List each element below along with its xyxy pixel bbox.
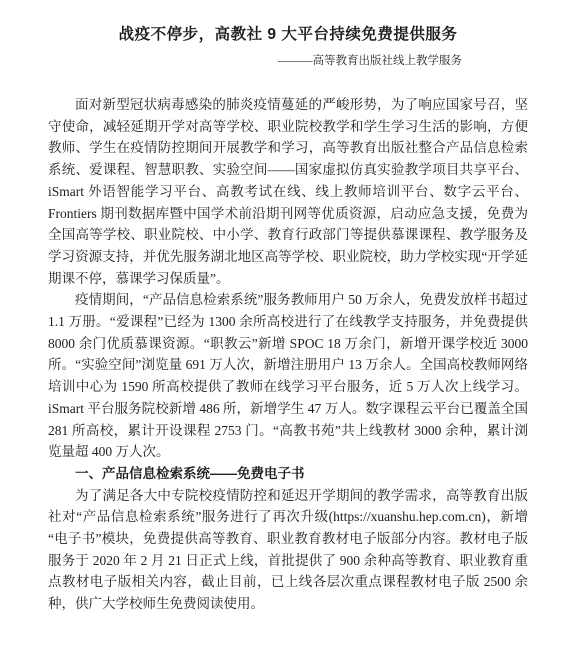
section-1-heading: 一、产品信息检索系统——免费电子书 bbox=[48, 463, 528, 485]
document-subtitle: ———高等教育出版社线上教学服务 bbox=[48, 53, 462, 69]
intro-paragraph-2: 疫情期间，“产品信息检索系统”服务教师用户 50 万余人，免费发放样书超过 1.… bbox=[48, 289, 528, 463]
section-1-paragraph-1: 为了满足各大中专院校疫情防控和延迟开学期间的教学需求，高等教育出版社对“产品信息… bbox=[48, 485, 528, 615]
document-page: 战疫不停步，高教社 9 大平台持续免费提供服务 ———高等教育出版社线上教学服务… bbox=[0, 0, 568, 671]
intro-paragraph-1: 面对新型冠状病毒感染的肺炎疫情蔓延的严峻形势，为了响应国家号召，坚守使命，减轻延… bbox=[48, 94, 528, 289]
document-title: 战疫不停步，高教社 9 大平台持续免费提供服务 bbox=[48, 24, 528, 46]
